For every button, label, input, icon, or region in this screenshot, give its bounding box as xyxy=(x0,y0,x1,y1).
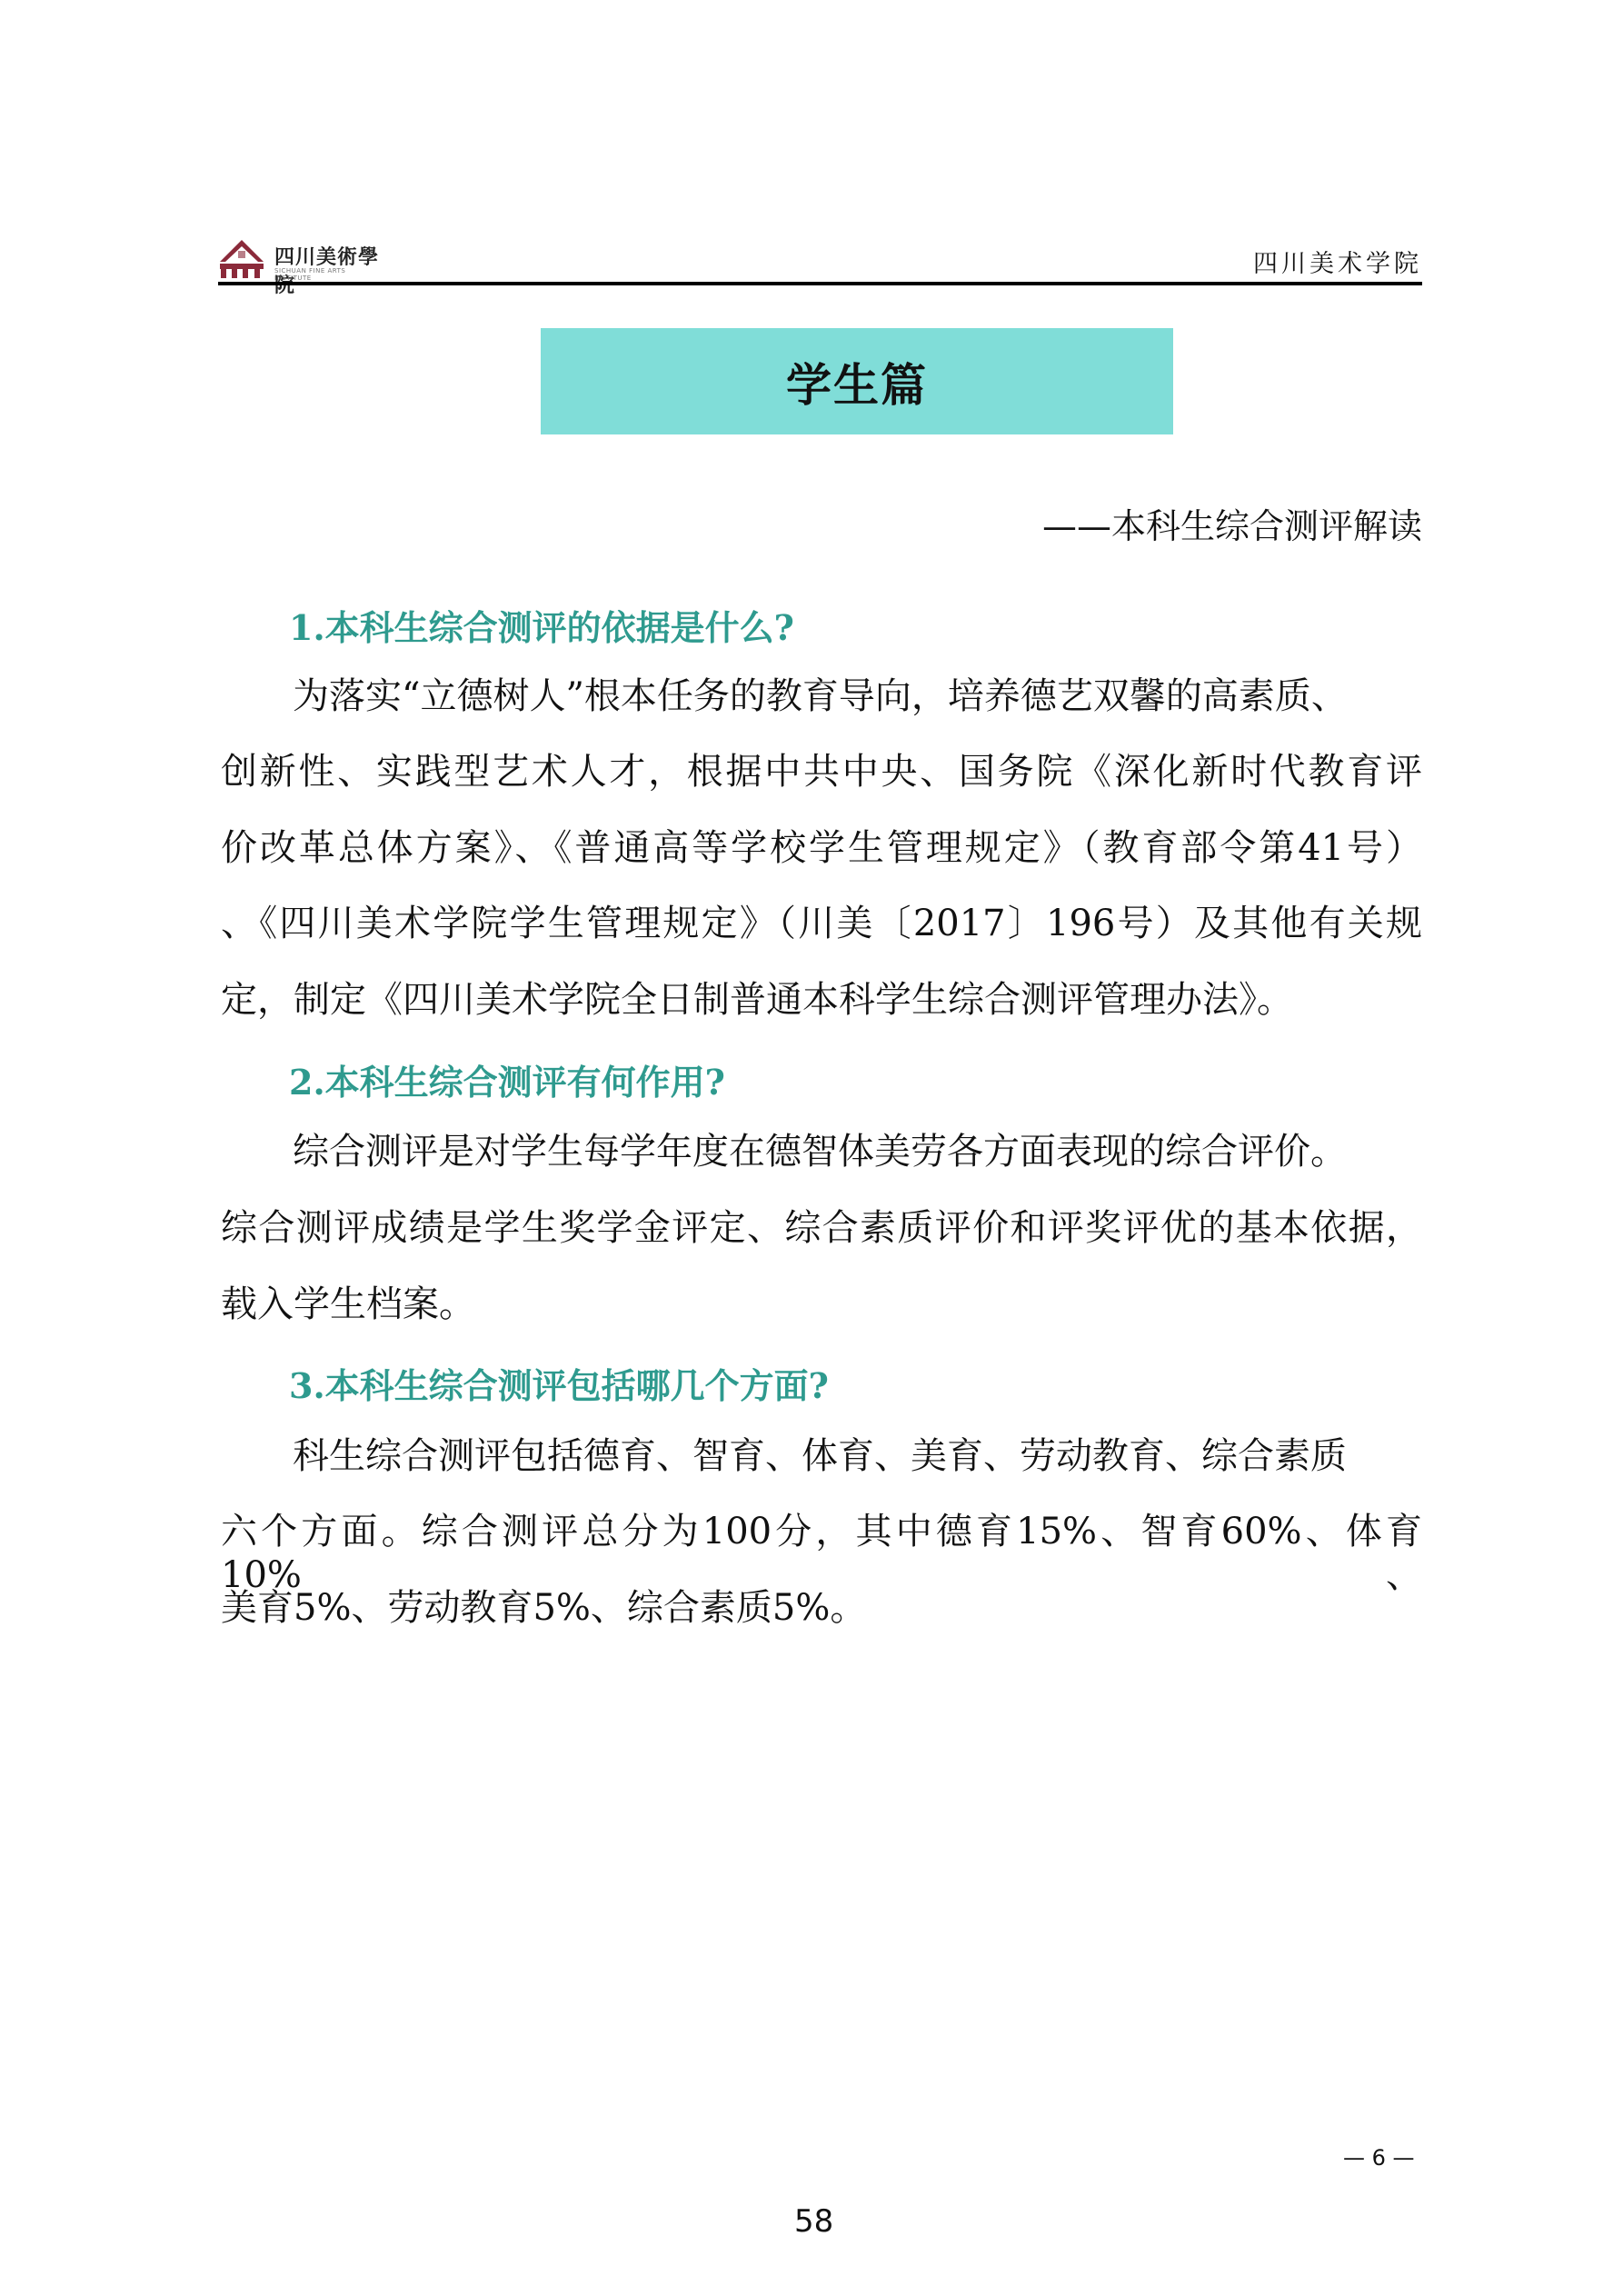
question-heading-1: 1.本科生综合测评的依据是什么? xyxy=(289,600,794,650)
section-title-box: 学生篇 xyxy=(541,328,1173,434)
logo-english-text: SICHUAN FINE ARTS INSTITUTE xyxy=(274,267,382,282)
paragraph-line: 价改革总体方案》、《普通高等学校学生管理规定》（教育部令第41号） xyxy=(221,826,1422,870)
page-title: 学生篇 xyxy=(786,349,928,414)
header-institute-name: 四川美术学院 xyxy=(1253,244,1422,279)
paragraph-line: 、《四川美术学院学生管理规定》（川美〔2017〕196号）及其他有关规 xyxy=(221,902,1422,945)
paragraph-line: 综合测评是对学生每学年度在德智体美劳各方面表现的综合评价。 xyxy=(293,1130,1422,1173)
building-gate-icon xyxy=(218,238,265,278)
paragraph-line: 综合测评成绩是学生奖学金评定、综合素质评价和评奖评优的基本依据， xyxy=(221,1206,1422,1250)
paragraph-line: 科生综合测评包括德育、智育、体育、美育、劳动教育、综合素质 xyxy=(293,1434,1422,1478)
institute-logo: 四川美術學院 SICHUAN FINE ARTS INSTITUTE xyxy=(218,238,382,280)
paragraph-line: 载入学生档案。 xyxy=(221,1283,475,1326)
page-subtitle: ——本科生综合测评解读 xyxy=(1042,498,1422,548)
header-divider xyxy=(218,282,1422,285)
paragraph-line: 为落实“立德树人”根本任务的教育导向，培养德艺双馨的高素质、 xyxy=(293,674,1422,718)
paragraph-line: 创新性、实践型艺术人才，根据中共中央、国务院《深化新时代教育评 xyxy=(221,750,1422,794)
page-number: 58 xyxy=(794,2203,833,2240)
inner-page-number: — 6 — xyxy=(1343,2145,1415,2171)
question-heading-3: 3.本科生综合测评包括哪几个方面? xyxy=(289,1358,829,1408)
paragraph-line: 六个方面。综合测评总分为100分，其中德育15%、智育60%、体育10%、 xyxy=(221,1510,1422,1597)
paragraph-line: 定，制定《四川美术学院全日制普通本科学生综合测评管理办法》。 xyxy=(221,978,1293,1022)
paragraph-line: 美育5%、劳动教育5%、综合素质5%。 xyxy=(221,1586,866,1630)
question-heading-2: 2.本科生综合测评有何作用? xyxy=(289,1054,725,1104)
